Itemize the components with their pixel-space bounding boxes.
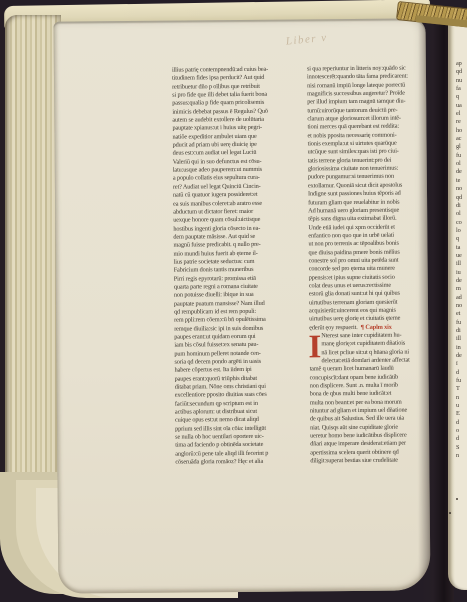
text-line: ad [456,294,467,302]
text-line: in [456,344,467,352]
text-line: ta [456,244,467,252]
text-line: qd [456,194,467,202]
text-line: u [456,402,467,410]
text-line: n [456,452,467,460]
text-line: et [456,310,467,318]
text-line: n [456,394,467,402]
text-line: re [456,118,467,126]
text-line: diligit:superat bestias siue crudelitate [310,457,428,466]
text-line: d [456,419,467,427]
facing-page-edge: apqdnufaquaelrehoacglfuoldetenoqddiolcol… [448,14,467,590]
right-column-upper: si qua reperiuntur in litteris noy:quādo… [307,64,427,324]
text-line: te [456,177,467,185]
text-line: gl [456,143,467,151]
text-line: de [456,277,467,285]
text-line: di [456,202,467,210]
chapter-heading-rubric: ¶ Caplm xix [361,323,392,330]
text-line: ho [456,127,467,135]
book-photo: Liber v illius patrię contempnendū:ad cu… [0,0,467,602]
text-line: ol [456,160,467,168]
paper-speck [449,512,451,514]
right-column-lower: Nterest sane inter cupiditatem hu-manę g… [309,331,428,466]
text-line: el [456,110,467,118]
text-line: innotescerēt:quando tāta fama predicaren… [307,73,425,82]
text-line: E [456,410,467,418]
text-line: co [456,219,467,227]
rubricated-initial: I [308,331,320,365]
text-line: de [456,168,467,176]
text-line: fa [456,85,467,93]
text-line: ol [456,210,467,218]
text-column-right: si qua reperiuntur in litteris noy:quādo… [307,64,429,468]
text-line: q [456,235,467,243]
text-line: ua [456,102,467,110]
text-line: S [456,444,467,452]
text-line: lo [456,227,467,235]
facing-page-text-fragments: apqdnufaquaelrehoacglfuoldetenoqddiolcol… [456,60,467,463]
text-line: qd [456,68,467,76]
text-line: d [456,435,467,443]
text-column-left: illius patrię contempnendū:ad cuius bea-… [172,66,300,470]
text-line: d [456,369,467,377]
text-line: cōseruāda gloria romāoz? Hęc et alia [175,458,299,467]
paper-speck [456,498,458,500]
text-line: o [456,427,467,435]
text-line: ap [456,60,467,68]
handwritten-annotation: Liber v [285,29,356,48]
text-line: fu [456,152,467,160]
text-line: fu [456,319,467,327]
text-line: ill [456,335,467,343]
text-line: q [456,93,467,101]
text-line: ī [456,360,467,368]
left-page: Liber v illius patrię contempnendū:ad cu… [54,18,431,593]
text-line: di [456,327,467,335]
text-line: m [456,285,467,293]
text-line: ill [456,260,467,268]
text-line: de [456,352,467,360]
text-line: no [456,302,467,310]
text-line: ue [456,252,467,260]
text-line: nu [456,77,467,85]
text-line: ac [456,135,467,143]
text-line: no [456,185,467,193]
text-line: iu [456,269,467,277]
text-line: fu [456,377,467,385]
text-line: T [456,385,467,393]
